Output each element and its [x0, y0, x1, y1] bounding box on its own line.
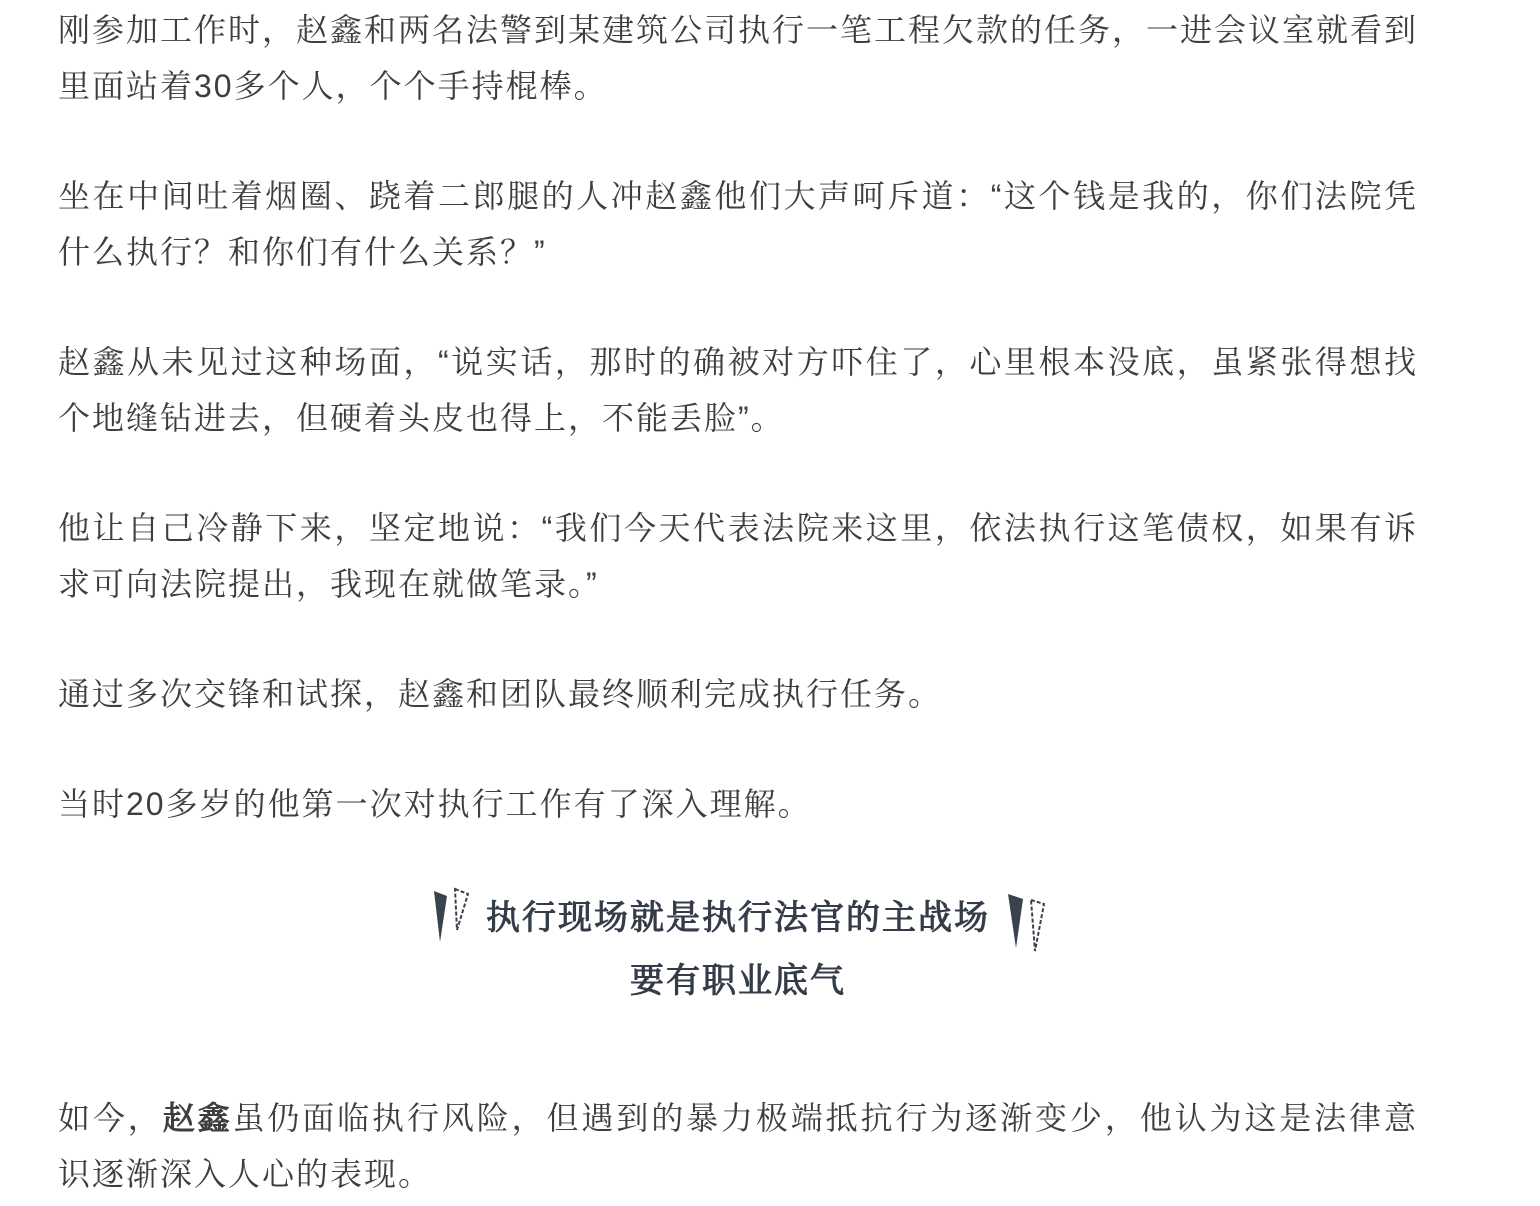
- paragraph-4: 他让自己冷静下来，坚定地说：“我们今天代表法院来这里，依法执行这笔债权，如果有诉…: [58, 500, 1418, 612]
- paragraph-5: 通过多次交锋和试探，赵鑫和团队最终顺利完成执行任务。: [58, 666, 1418, 722]
- paragraph-6: 当时20多岁的他第一次对执行工作有了深入理解。: [58, 776, 1418, 832]
- section-heading-text-2: 要有职业底气: [58, 950, 1418, 1012]
- section-heading: 执行现场就是执行法官的主战场 要有职业底气: [58, 886, 1418, 1012]
- person-name-bold: 赵鑫: [163, 1100, 233, 1136]
- closing-prefix: 如今，: [58, 1100, 163, 1136]
- paragraph-1: 刚参加工作时，赵鑫和两名法警到某建筑公司执行一笔工程欠款的任务，一进会议室就看到…: [58, 2, 1418, 114]
- closing-suffix: 虽仍面临执行风险，但遇到的暴力极端抵抗行为逐渐变少，他认为这是法律意识逐渐深入人…: [58, 1100, 1418, 1192]
- article-body: 刚参加工作时，赵鑫和两名法警到某建筑公司执行一笔工程欠款的任务，一进会议室就看到…: [58, 0, 1418, 1202]
- brush-quote-right-icon: [1004, 890, 1050, 954]
- paragraph-closing: 如今，赵鑫虽仍面临执行风险，但遇到的暴力极端抵抗行为逐渐变少，他认为这是法律意识…: [58, 1090, 1418, 1202]
- paragraph-2: 坐在中间吐着烟圈、跷着二郎腿的人冲赵鑫他们大声呵斥道：“这个钱是我的，你们法院凭…: [58, 168, 1418, 280]
- section-heading-line-1: 执行现场就是执行法官的主战场: [58, 886, 1418, 950]
- brush-quote-left-icon: [426, 886, 472, 946]
- paragraph-3: 赵鑫从未见过这种场面，“说实话，那时的确被对方吓住了，心里根本没底，虽紧张得想找…: [58, 334, 1418, 446]
- section-heading-text-1: 执行现场就是执行法官的主战场: [486, 887, 990, 949]
